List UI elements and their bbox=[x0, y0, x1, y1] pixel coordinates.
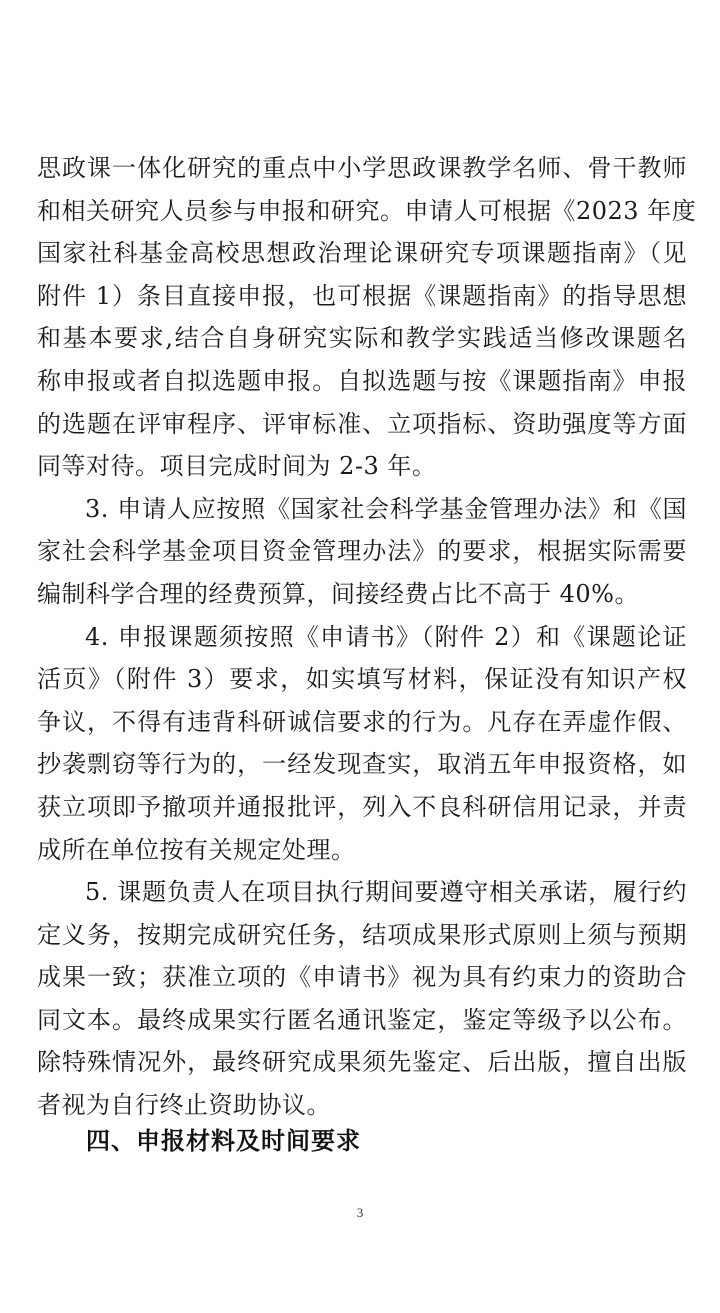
page-number: 3 bbox=[0, 1205, 720, 1221]
text-line: 除特殊情况外，最终研究成果须先鉴定、后出版，擅自出版 bbox=[37, 1041, 687, 1084]
section-heading: 四、申报材料及时间要求 bbox=[86, 1120, 361, 1162]
text-line: 编制科学合理的经费预算，间接经费占比不高于 40%。 bbox=[37, 573, 687, 616]
text-line: 活页》（附件 3）要求，如实填写材料，保证没有知识产权 bbox=[37, 658, 687, 701]
text-line: 同文本。最终成果实行匿名通讯鉴定，鉴定等级予以公布。 bbox=[37, 999, 687, 1042]
text-line: 争议，不得有违背科研诚信要求的行为。凡存在弄虚作假、 bbox=[37, 701, 687, 744]
text-line: 和基本要求,结合自身研究实际和教学实践适当修改课题名 bbox=[37, 317, 687, 360]
text-line: 同等对待。项目完成时间为 2-3 年。 bbox=[37, 445, 687, 488]
text-line: 成果一致；获准立项的《申请书》视为具有约束力的资助合 bbox=[37, 956, 687, 999]
text-line: 附件 1）条目直接申报，也可根据《课题指南》的指导思想 bbox=[37, 275, 687, 318]
paragraph-item-5: 5. 课题负责人在项目执行期间要遵守相关承诺，履行约 bbox=[37, 871, 687, 914]
text-line: 抄袭剽窃等行为的，一经发现查实，取消五年申报资格，如 bbox=[37, 743, 687, 786]
paragraph-item-4: 4. 申报课题须按照《申请书》（附件 2）和《课题论证 bbox=[37, 616, 687, 659]
text-line: 思政课一体化研究的重点中小学思政课教学名师、骨干教师 bbox=[37, 147, 687, 190]
text-line: 家社会科学基金项目资金管理办法》的要求，根据实际需要 bbox=[37, 530, 687, 573]
text-line: 国家社科基金高校思想政治理论课研究专项课题指南》（见 bbox=[37, 232, 687, 275]
document-page: 思政课一体化研究的重点中小学思政课教学名师、骨干教师 和相关研究人员参与申报和研… bbox=[0, 0, 720, 1313]
text-line: 成所在单位按有关规定处理。 bbox=[37, 829, 687, 872]
text-line: 获立项即予撤项并通报批评，列入不良科研信用记录，并责 bbox=[37, 786, 687, 829]
text-line: 的选题在评审程序、评审标准、立项指标、资助强度等方面 bbox=[37, 403, 687, 446]
text-line: 定义务，按期完成研究任务，结项成果形式原则上须与预期 bbox=[37, 914, 687, 957]
text-line: 和相关研究人员参与申报和研究。申请人可根据《2023 年度 bbox=[37, 190, 687, 233]
document-body: 思政课一体化研究的重点中小学思政课教学名师、骨干教师 和相关研究人员参与申报和研… bbox=[37, 147, 687, 1127]
paragraph-item-3: 3. 申请人应按照《国家社会科学基金管理办法》和《国 bbox=[37, 488, 687, 531]
text-line: 称申报或者自拟选题申报。自拟选题与按《课题指南》申报 bbox=[37, 360, 687, 403]
